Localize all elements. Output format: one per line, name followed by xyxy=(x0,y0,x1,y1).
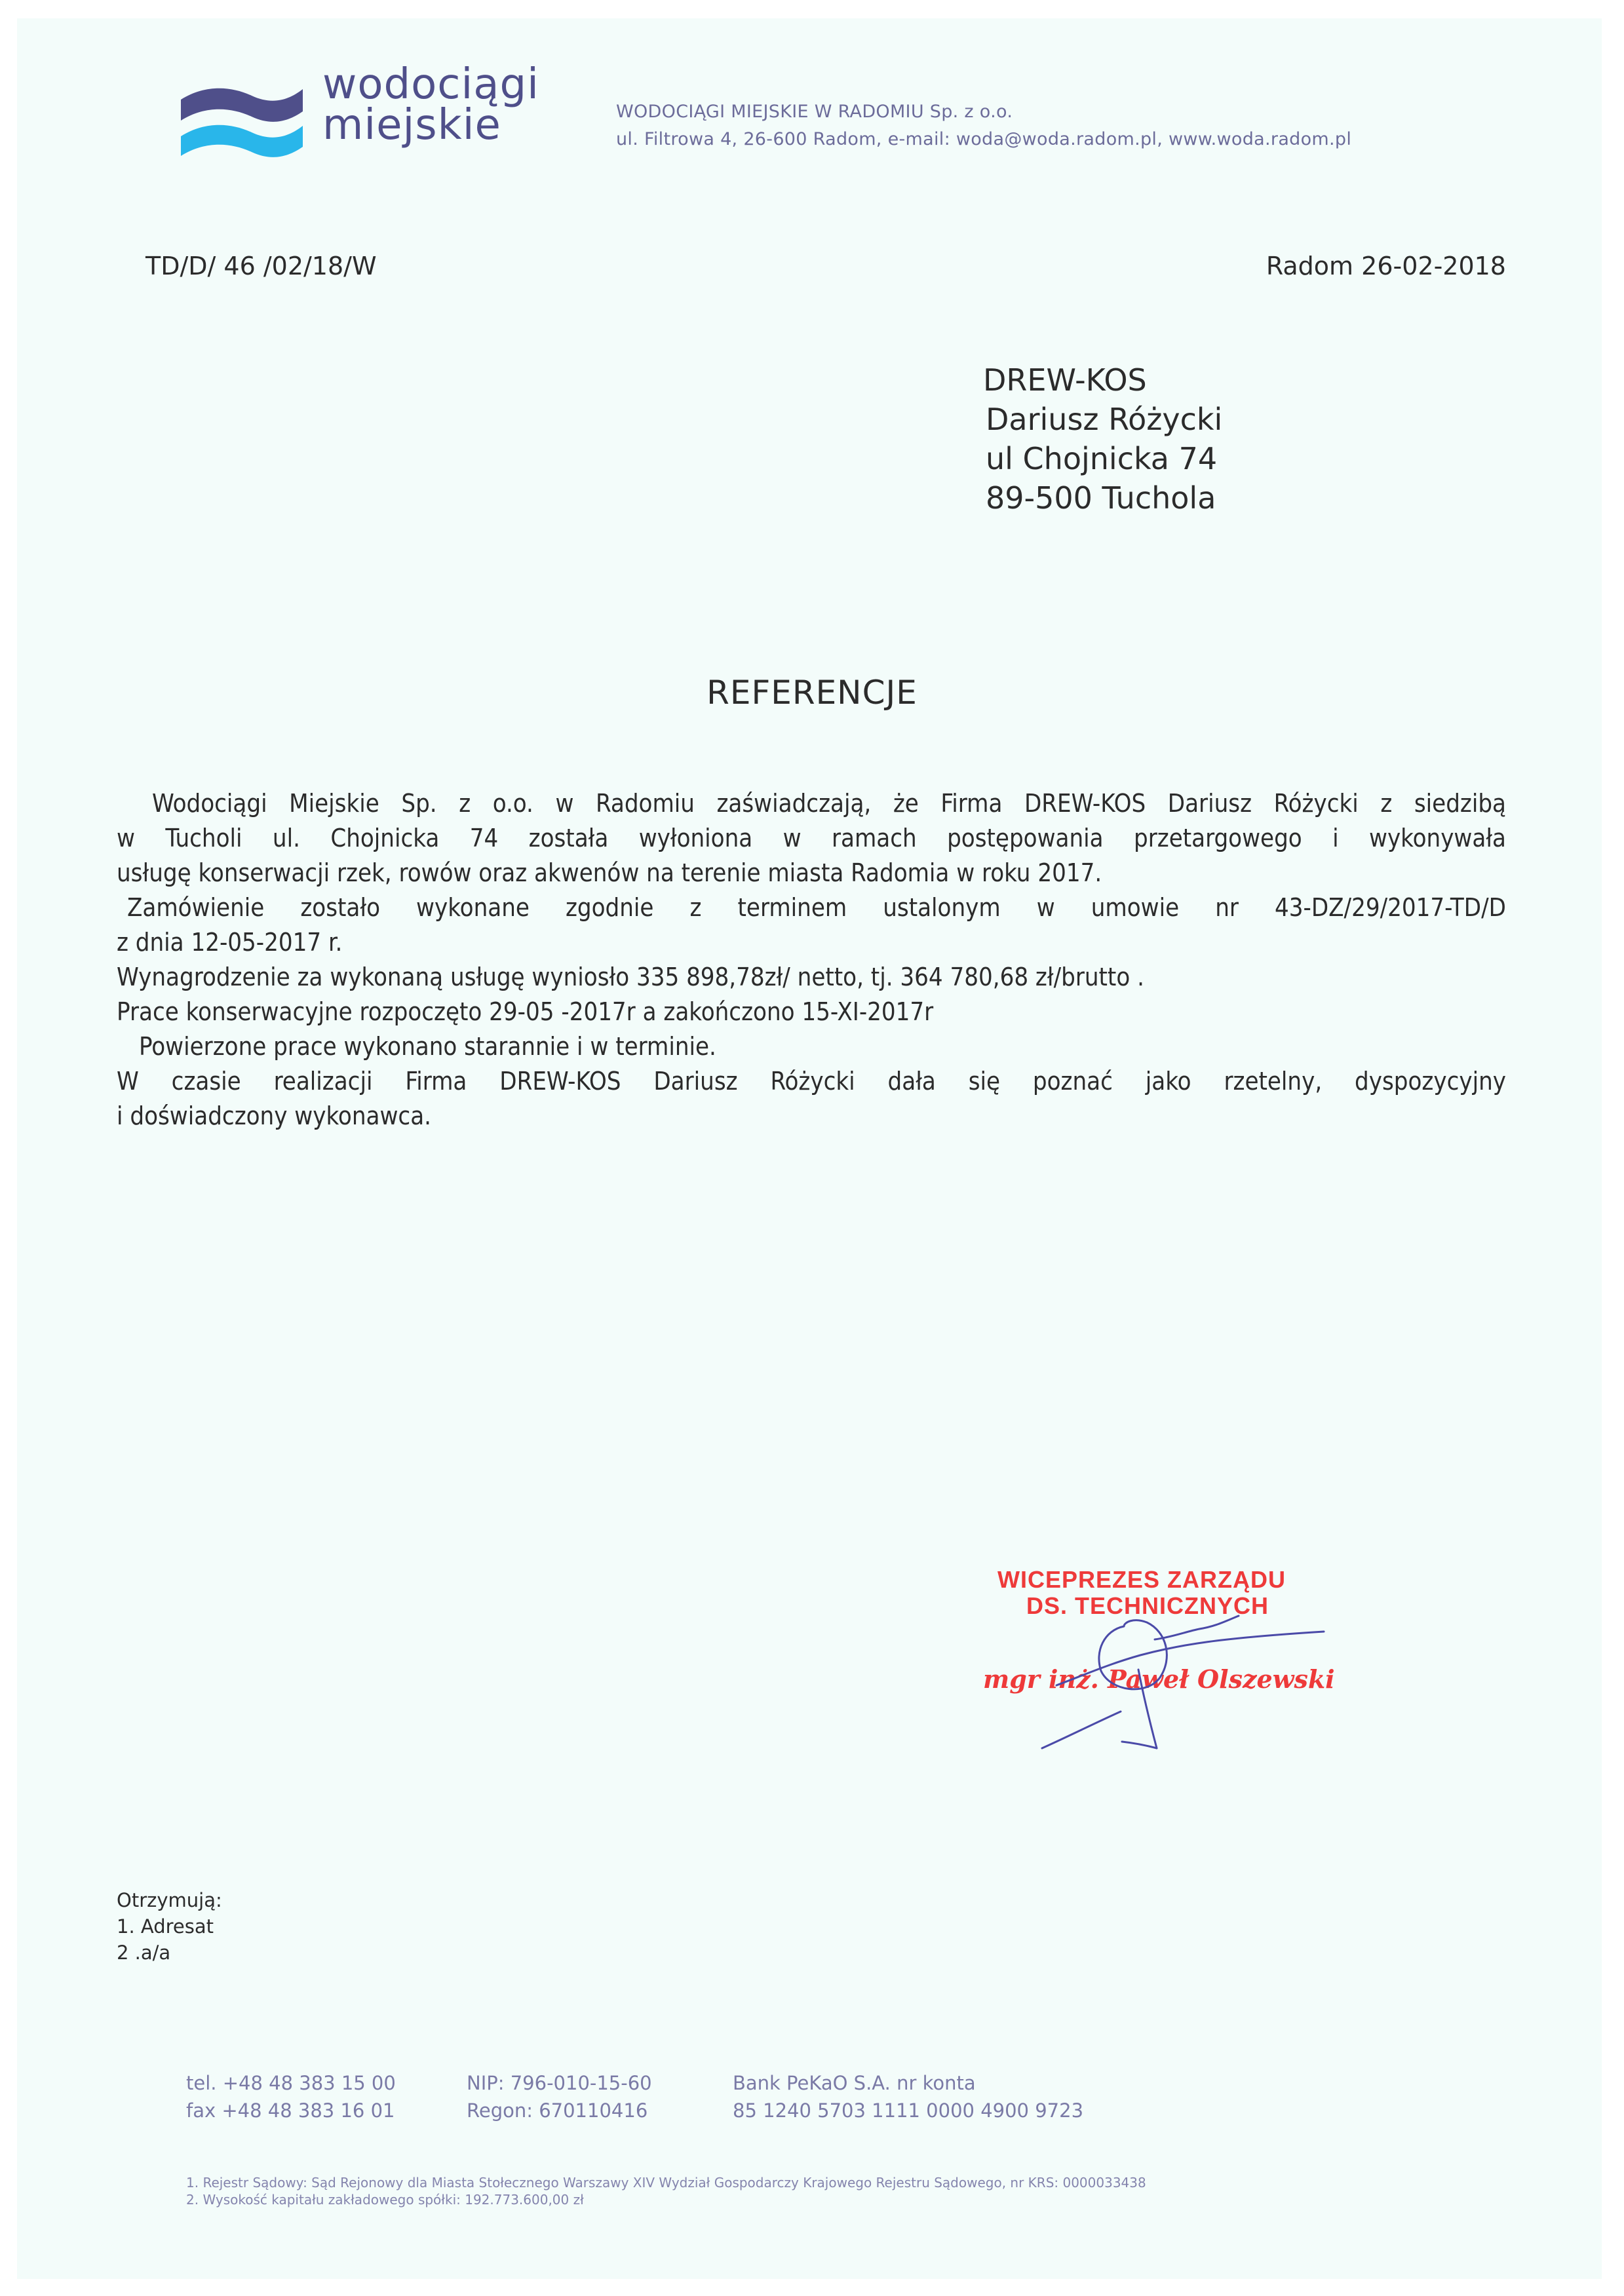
place-date: Radom 26-02-2018 xyxy=(1266,252,1506,280)
footer-tax-ids: NIP: 796-010-15-60 Regon: 670110416 xyxy=(467,2069,652,2124)
body-line: z dnia 12-05-2017 r. xyxy=(117,925,1506,960)
body-line: Wynagrodzenie za wykonaną usługę wyniosł… xyxy=(117,960,1506,995)
footer-tel: tel. +48 48 383 15 00 xyxy=(186,2069,396,2097)
letter-body: Wodociągi Miejskie Sp. z o.o. w Radomiu … xyxy=(117,786,1506,1134)
copies-list: Otrzymują: 1. Adresat 2 .a/a xyxy=(117,1887,222,1966)
footer-account-number: 85 1240 5703 1111 0000 4900 9723 xyxy=(733,2097,1083,2124)
logo-waves-icon xyxy=(180,81,304,165)
document-title: REFERENCJE xyxy=(0,674,1624,712)
body-line: Wodociągi Miejskie Sp. z o.o. w Radomiu … xyxy=(117,786,1506,821)
company-name: WODOCIĄGI MIEJSKIE W RADOMIU Sp. z o.o. xyxy=(616,98,1351,126)
footer-bank: Bank PeKaO S.A. nr konta 85 1240 5703 11… xyxy=(733,2069,1083,2124)
footer-regon: Regon: 670110416 xyxy=(467,2097,652,2124)
footer-contact: tel. +48 48 383 15 00 fax +48 48 383 16 … xyxy=(186,2069,396,2124)
body-line: Zamówienie zostało wykonane zgodnie z te… xyxy=(117,890,1506,925)
body-line: i doświadczony wykonawca. xyxy=(117,1099,1506,1134)
legal-note-1: 1. Rejestr Sądowy: Sąd Rejonowy dla Mias… xyxy=(186,2174,1146,2191)
body-line: W czasie realizacji Firma DREW-KOS Dariu… xyxy=(117,1064,1506,1099)
company-address: ul. Filtrowa 4, 26-600 Radom, e-mail: wo… xyxy=(616,126,1351,153)
copies-item: 2 .a/a xyxy=(117,1940,222,1966)
body-line: w Tucholi ul. Chojnicka 74 została wyłon… xyxy=(117,821,1506,856)
company-info: WODOCIĄGI MIEJSKIE W RADOMIU Sp. z o.o. … xyxy=(616,98,1351,153)
body-line: Powierzone prace wykonano starannie i w … xyxy=(117,1029,1506,1064)
official-stamp: WICEPREZES ZARZĄDU DS. TECHNICZNYCH mgr … xyxy=(983,1566,1389,1750)
footer-nip: NIP: 796-010-15-60 xyxy=(467,2069,652,2097)
recipient-company: DREW-KOS xyxy=(983,360,1222,400)
body-line: usługę konserwacji rzek, rowów oraz akwe… xyxy=(117,856,1506,890)
logo-line-2: miejskie xyxy=(322,105,539,145)
recipient-address: DREW-KOS Dariusz Różycki ul Chojnicka 74… xyxy=(983,360,1222,518)
footer-bank-name: Bank PeKaO S.A. nr konta xyxy=(733,2069,1083,2097)
body-line: Prace konserwacyjne rozpoczęto 29-05 -20… xyxy=(117,995,1506,1029)
logo-wordmark: wodociągi miejskie xyxy=(322,64,539,145)
recipient-city: 89-500 Tuchola xyxy=(983,478,1222,518)
copies-heading: Otrzymują: xyxy=(117,1887,222,1913)
footer-legal: 1. Rejestr Sądowy: Sąd Rejonowy dla Mias… xyxy=(186,2174,1146,2208)
copies-item: 1. Adresat xyxy=(117,1913,222,1940)
reference-number: TD/D/ 46 /02/18/W xyxy=(145,252,377,280)
recipient-person: Dariusz Różycki xyxy=(983,400,1222,439)
letter-page xyxy=(17,18,1602,2279)
footer-fax: fax +48 48 383 16 01 xyxy=(186,2097,396,2124)
logo-line-1: wodociągi xyxy=(322,64,539,105)
handwritten-signature-icon xyxy=(983,1566,1389,1750)
recipient-street: ul Chojnicka 74 xyxy=(983,439,1222,478)
legal-note-2: 2. Wysokość kapitału zakładowego spółki:… xyxy=(186,2191,1146,2208)
